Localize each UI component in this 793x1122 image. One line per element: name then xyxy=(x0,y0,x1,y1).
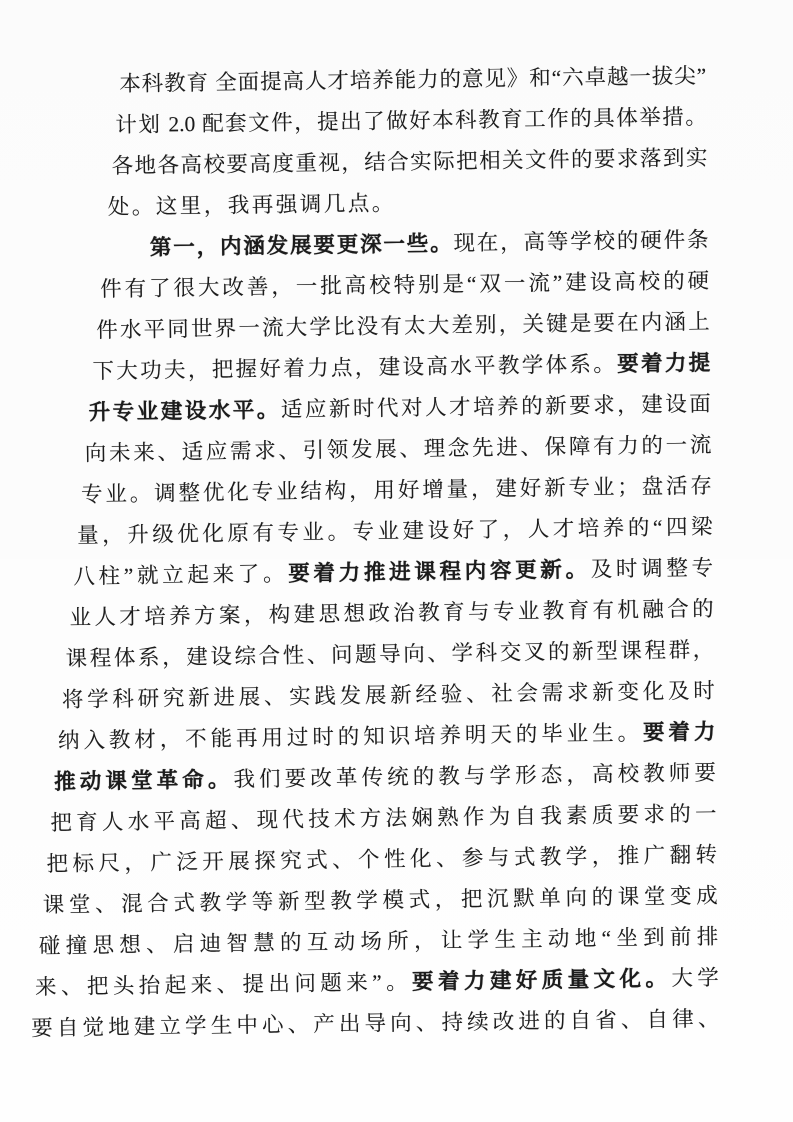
body-text: 及时调整专 xyxy=(591,556,714,582)
text-line: 各地各高校要高度重视，结合实际把相关文件的要求落到实 xyxy=(111,138,707,187)
body-text: 专业。调整优化专业结构，用好增量，建好新专业；盘活存 xyxy=(81,474,712,507)
body-text: 各地各高校要高度重视，结合实际把相关文件的要求落到实 xyxy=(111,146,707,178)
emphasis-text: 推动课堂革命。 xyxy=(54,767,234,794)
body-text: 向未来、适应需求、引领发展、理念先进、保障有力的一流 xyxy=(85,433,712,466)
emphasis-text: 要着力建好质量文化。 xyxy=(412,966,672,994)
body-text: 课堂、混合式教学等新型教学模式，把沉默单向的课堂变成 xyxy=(43,884,718,917)
body-text: 业人才培养方案，构建思想政治教育与专业教育有机融合的 xyxy=(69,597,713,630)
body-text: 大学 xyxy=(671,966,719,991)
text-line: 要自觉地建立学生中心、产出导向、持续改进的自省、自律、 xyxy=(31,999,720,1050)
body-text: 我们要改革传统的教与学形态，高校教师要 xyxy=(233,761,716,792)
body-text: 课程体系，建设综合性、问题导向、学科交叉的新型课程群， xyxy=(66,638,715,671)
body-text: 下大功夫，把握好着力点，建设高水平教学体系。 xyxy=(92,352,617,383)
emphasis-text: 要着力 xyxy=(643,720,716,745)
body-text: 件有了很大改善，一批高校特别是“双一流”建设高校的硬 xyxy=(100,269,709,302)
body-text: 把育人水平高超、现代技术方法娴熟作为自我素质要求的一 xyxy=(50,802,716,835)
body-text: 纳入教材，不能再用过时的知识培养明天的毕业生。 xyxy=(58,721,643,753)
body-text: 来、把头抬起来、提出问题来”。 xyxy=(35,970,412,999)
emphasis-text: 第一，内涵发展要更深一些。 xyxy=(150,231,454,259)
body-text: 适应新时代对人才培养的新要求，建设面 xyxy=(281,392,711,422)
body-text: 将学科研究新进展、实践发展新经验、社会需求新变化及时 xyxy=(62,679,715,712)
body-text: 要自觉地建立学生中心、产出导向、持续改进的自省、自律、 xyxy=(31,1007,719,1041)
emphasis-text: 要着力提 xyxy=(617,351,710,376)
document-text: 本科教育 全面提高人才培养能力的意见》和“六卓越一拔尖”计划 2.0 配套文件，… xyxy=(0,55,793,1050)
emphasis-text: 要着力推进课程内容更新。 xyxy=(288,557,591,585)
body-text: 处。这里，我再强调几点。 xyxy=(108,191,396,219)
body-text: 件水平同世界一流大学比没有太大差别，关键是要在内涵上 xyxy=(96,310,710,343)
body-text: 碰撞思想、启迪智慧的互动场所，让学生主动地“坐到前排 xyxy=(39,925,719,958)
scanned-document-page: 本科教育 全面提高人才培养能力的意见》和“六卓越一拔尖”计划 2.0 配套文件，… xyxy=(0,0,793,1122)
emphasis-text: 升专业建设水平。 xyxy=(88,398,281,425)
body-text: 八柱”就立起来了。 xyxy=(73,562,288,589)
body-text: 本科教育 全面提高人才培养能力的意见》和“六卓越一拔尖” xyxy=(119,64,706,96)
body-text: 现在，高等学校的硬件条 xyxy=(453,228,708,256)
body-text: 把标尺，广泛开展探究式、个性化、参与式教学，推广翻转 xyxy=(46,843,717,876)
body-text: 计划 2.0 配套文件，提出了做好本科教育工作的具体举措。 xyxy=(115,105,707,137)
body-text: 量，升级优化原有专业。专业建设好了，人才培养的“四梁 xyxy=(77,515,713,548)
